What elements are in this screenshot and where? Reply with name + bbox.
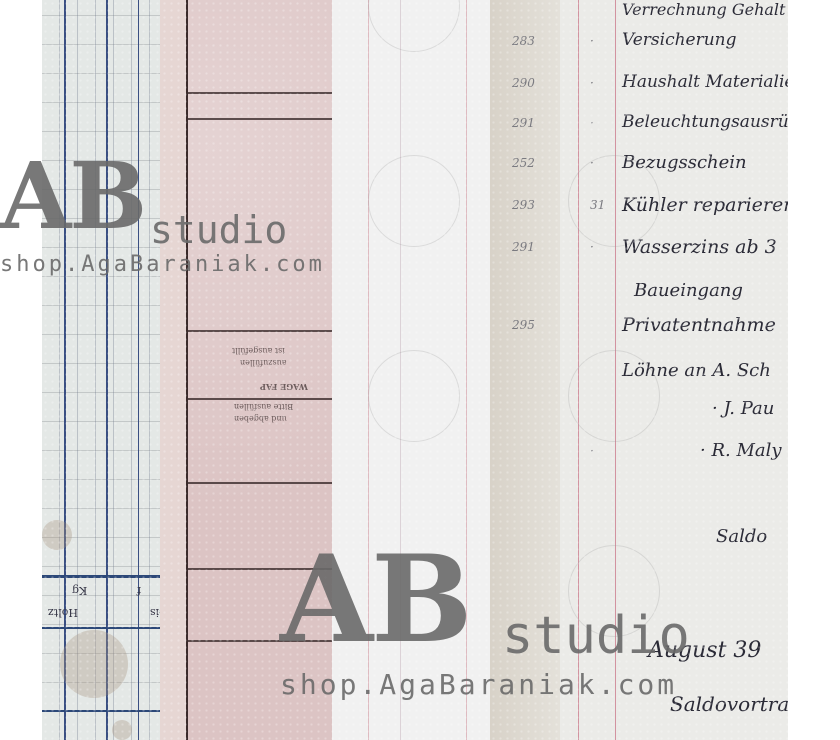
form-rule <box>188 482 332 484</box>
ledger-mark: · <box>590 240 594 254</box>
form-rule <box>186 0 188 740</box>
form-rule <box>188 118 332 120</box>
ledger-entry: Haushalt Materialien <box>622 72 788 92</box>
stain <box>42 520 72 550</box>
ledger-entry: Baueingang <box>634 280 743 301</box>
ledger-number: 290 <box>512 76 535 90</box>
margin-line <box>466 0 467 740</box>
form-rule <box>188 640 332 642</box>
ledger-entry: Wasserzins ab 3 <box>622 236 777 258</box>
ledger-mark: · <box>590 34 594 48</box>
watermark-seal <box>568 545 660 637</box>
form-text: WAGE FAP <box>260 382 308 392</box>
ledger-rule <box>106 0 108 740</box>
white-lined-strip <box>332 0 490 740</box>
form-rule <box>188 330 332 332</box>
ledger-entry: Versicherung <box>622 30 737 50</box>
pink-form-strip: ist ausgefüllt auszufüllen WAGE FAP Bitt… <box>160 0 332 740</box>
ledger-entry: Saldovortrag <box>670 692 788 716</box>
ledger-rule <box>138 0 139 740</box>
ledger-mark: · <box>590 444 594 458</box>
ledger-label: f <box>137 584 141 597</box>
watermark-seal <box>368 0 460 52</box>
ledger-number: 293 <box>512 198 535 212</box>
ledger-rule <box>64 0 66 740</box>
form-text: und abgeben <box>234 414 287 423</box>
form-rule <box>188 568 332 570</box>
ledger-entry: Beleuchtungsausrüstung <box>622 112 788 132</box>
ledger-entry: Verrechnung Gehalt <box>622 0 785 19</box>
paper-edge <box>490 0 560 740</box>
stain <box>60 630 128 698</box>
form-rule <box>188 92 332 94</box>
watermark-seal <box>368 155 460 247</box>
ledger-number: 291 <box>512 116 535 130</box>
ledger-entry: Saldo <box>716 526 767 547</box>
stain <box>112 720 132 740</box>
ledger-entry: · R. Maly <box>700 440 782 461</box>
ledger-entry: · J. Pau <box>712 398 774 419</box>
form-text: ist ausgefüllt <box>232 346 285 355</box>
ledger-number: 291 <box>512 240 535 254</box>
form-rule <box>188 398 332 400</box>
paper-edge <box>160 0 188 740</box>
ledger-entry: Löhne an A. Sch <box>622 360 771 381</box>
ledger-mark: 31 <box>590 198 605 212</box>
watermark-seal <box>368 350 460 442</box>
ledger-mark: · <box>590 116 594 130</box>
ledger-number: 283 <box>512 34 535 48</box>
ledger-entry: Kühler reparieren <box>622 194 788 216</box>
form-text: auszufüllen <box>240 358 287 367</box>
margin-line <box>368 0 369 740</box>
ledger-label: Kg <box>72 584 87 597</box>
handwritten-ledger-strip: Verrechnung Gehalt283·Versicherung290·Ha… <box>490 0 788 740</box>
ledger-mark: · <box>590 76 594 90</box>
ledger-entry: Bezugsschein <box>622 152 747 173</box>
ledger-label: Holtz <box>48 606 78 619</box>
ledger-number: 252 <box>512 156 535 170</box>
scrapbook-paper-image: Kg f Holtz Preis ist ausgefüllt auszufül… <box>0 0 840 740</box>
ledger-entry: August 39 <box>648 638 761 663</box>
form-text: Bitte ausfüllen <box>234 402 293 411</box>
ledger-mark: · <box>590 156 594 170</box>
ledger-number: 295 <box>512 318 535 332</box>
ledger-entry: Privatentnahme <box>622 314 776 336</box>
